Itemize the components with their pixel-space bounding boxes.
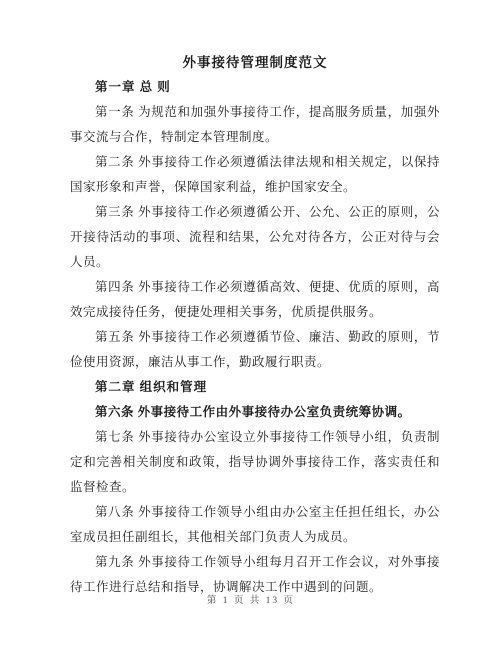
article-3-text: 第三条 外事接待工作必须遵循公开、公允、公正的原则，公开接待活动的事项、流程和结… xyxy=(70,200,440,275)
document-body: 外事接待管理制度范文 第一章 总 则 第一条 为规范和加强外事接待工作，提高服务… xyxy=(70,50,440,600)
article-7-text: 第七条 外事接待办公室设立外事接待工作领导小组，负责制定和完善相关制度和政策，指… xyxy=(70,425,440,500)
page-footer: 第 1 页 共 13 页 xyxy=(0,594,502,608)
article-9-text: 第九条 外事接待工作领导小组每月召开工作会议，对外事接待工作进行总结和指导，协调… xyxy=(70,550,440,600)
article-5-text: 第五条 外事接待工作必须遵循节俭、廉洁、勤政的原则，节俭使用资源，廉洁从事工作，… xyxy=(70,325,440,375)
article-8-text: 第八条 外事接待工作领导小组由办公室主任担任组长，办公室成员担任副组长，其他相关… xyxy=(70,500,440,550)
article-2-text: 第二条 外事接待工作必须遵循法律法规和相关规定，以保持国家形象和声誉，保障国家利… xyxy=(70,150,440,200)
article-4-text: 第四条 外事接待工作必须遵循高效、便捷、优质的原则，高效完成接待任务，便捷处理相… xyxy=(70,275,440,325)
article-6-text: 第六条 外事接待工作由外事接待办公室负责统筹协调。 xyxy=(70,400,440,425)
chapter-2-heading: 第二章 组织和管理 xyxy=(70,375,440,400)
document-page: 外事接待管理制度范文 第一章 总 则 第一条 为规范和加强外事接待工作，提高服务… xyxy=(0,0,502,649)
page-number-text: 第 1 页 共 13 页 xyxy=(207,596,295,606)
chapter-1-heading: 第一章 总 则 xyxy=(70,75,440,100)
article-1-text: 第一条 为规范和加强外事接待工作，提高服务质量，加强外事交流与合作，特制定本管理… xyxy=(70,100,440,150)
document-title: 外事接待管理制度范文 xyxy=(70,50,440,75)
